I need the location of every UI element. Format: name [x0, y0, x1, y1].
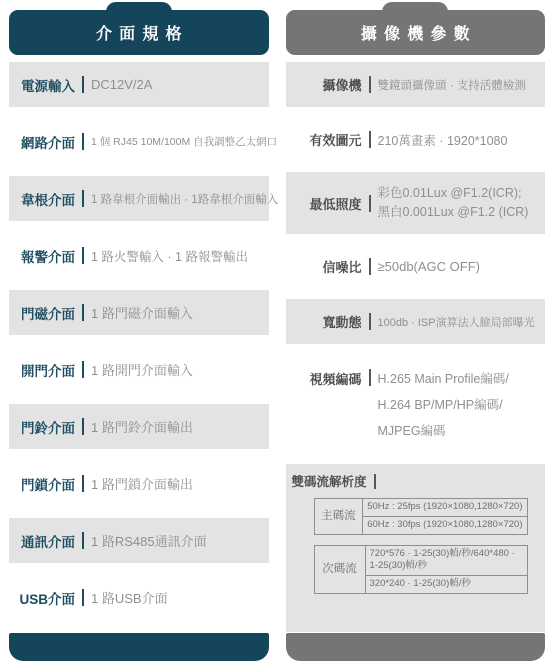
- divider-bar: [82, 304, 84, 321]
- table-row: 主碼流 50Hz : 25fps (1920×1080,1280×720): [314, 499, 527, 517]
- divider-bar: [369, 313, 371, 330]
- value-line: H.265 Main Profile編碼/: [378, 366, 509, 392]
- value-line: 黑白0.001Lux @F1.2 (ICR): [378, 203, 529, 222]
- row-value: 1 路火警輸入 · 1 路報警輸出: [91, 247, 248, 265]
- interface-spec-header-wrap: 介面規格: [9, 2, 269, 55]
- divider-bar: [82, 76, 84, 93]
- row-label: USB介面: [15, 588, 75, 608]
- camera-params-panel: 攝像機參數 攝像機 雙鏡頭攝像頭 · 支持活體檢測 有效圖元 210萬畫素 · …: [286, 2, 546, 661]
- divider-bar: [369, 369, 371, 386]
- divider-bar: [369, 258, 371, 275]
- panel-title-text: 介面規格: [89, 21, 189, 44]
- dual-stream-header: 雙碼流解析度: [292, 472, 540, 490]
- spec-row-wiegand: 韋根介面 1 路韋根介面輸出 · 1路韋根介面輸入: [9, 176, 269, 221]
- row-label: 最低照度: [292, 194, 362, 213]
- row-label: 雙碼流解析度: [292, 472, 367, 490]
- table-row: 次碼流 720*576 · 1-25(30)幀/秒/640*480 · 1-25…: [314, 545, 527, 576]
- spec-row-network: 網路介面 1 個 RJ45 10M/100M 自我調整乙太網口: [9, 119, 269, 164]
- interface-spec-panel: 介面規格 電源輸入 DC12V/2A 網路介面 1 個 RJ45 10M/100…: [9, 2, 269, 661]
- spec-row-door-contact: 門磁介面 1 路門磁介面輸入: [9, 290, 269, 335]
- row-label: 報警介面: [15, 246, 75, 266]
- panel-footer: [9, 633, 269, 661]
- divider-bar: [369, 195, 371, 212]
- main-stream-table: 主碼流 50Hz : 25fps (1920×1080,1280×720) 60…: [314, 498, 528, 535]
- divider-bar: [82, 418, 84, 435]
- spec-row-power: 電源輸入 DC12V/2A: [9, 62, 269, 107]
- divider-bar: [369, 131, 371, 148]
- value-line: H.264 BP/MP/HP編碼/: [378, 392, 509, 418]
- row-label: 有效圖元: [292, 130, 362, 149]
- spec-row-door-open: 開門介面 1 路開門介面輸入: [9, 347, 269, 392]
- spec-row-effective-pixels: 有效圖元 210萬畫素 · 1920*1080: [286, 117, 546, 162]
- row-label: 通訊介面: [15, 531, 75, 551]
- stream-value-cell: 720*576 · 1-25(30)幀/秒/640*480 · 1-25(30)…: [365, 545, 527, 576]
- divider-bar: [82, 361, 84, 378]
- spec-row-camera: 攝像機 雙鏡頭攝像頭 · 支持活體檢測: [286, 62, 546, 107]
- stream-value-cell: 60Hz : 30fps (1920×1080,1280×720): [363, 516, 527, 534]
- row-label: 視頻編碼: [292, 369, 362, 388]
- row-value: 彩色0.01Lux @F1.2(ICR);黑白0.001Lux @F1.2 (I…: [378, 184, 529, 222]
- row-value: H.265 Main Profile編碼/H.264 BP/MP/HP編碼/MJ…: [378, 366, 509, 444]
- row-value: 1 路門鎖介面輸出: [91, 474, 193, 493]
- divider-bar: [82, 475, 84, 492]
- value-line: MJPEG編碼: [378, 418, 509, 444]
- row-value: 210萬畫素 · 1920*1080: [378, 131, 508, 149]
- panel-title-text: 攝像機參數: [354, 21, 477, 44]
- row-value: ≥50db(AGC OFF): [378, 259, 481, 274]
- spec-row-usb: USB介面 1 路USB介面: [9, 575, 269, 620]
- row-value: 1 路USB介面: [91, 588, 168, 607]
- row-value: 1 個 RJ45 10M/100M 自我調整乙太網口: [91, 134, 265, 149]
- spec-row-door-lock: 門鎖介面 1 路門鎖介面輸出: [9, 461, 269, 506]
- dual-stream-tables: 主碼流 50Hz : 25fps (1920×1080,1280×720) 60…: [314, 498, 540, 594]
- spec-row-alarm: 報警介面 1 路火警輸入 · 1 路報警輸出: [9, 233, 269, 278]
- panel-title: 攝像機參數: [286, 10, 546, 55]
- divider-bar: [82, 589, 84, 606]
- row-label: 韋根介面: [15, 189, 75, 209]
- spec-row-wdr: 寬動態 100db · ISP演算法人臉局部曝光: [286, 299, 546, 344]
- divider-bar: [82, 247, 84, 264]
- divider-bar: [82, 133, 84, 150]
- divider-bar: [374, 474, 376, 489]
- stream-name-cell: 主碼流: [314, 499, 363, 535]
- divider-bar: [82, 190, 84, 207]
- row-value: 1 路門鈴介面輸出: [91, 417, 193, 436]
- sub-stream-table: 次碼流 720*576 · 1-25(30)幀/秒/640*480 · 1-25…: [314, 545, 528, 594]
- spec-row-comm: 通訊介面 1 路RS485通訊介面: [9, 518, 269, 563]
- divider-bar: [82, 532, 84, 549]
- row-label: 門磁介面: [15, 303, 75, 323]
- row-value: 雙鏡頭攝像頭 · 支持活體檢測: [378, 77, 526, 93]
- row-label: 開門介面: [15, 360, 75, 380]
- spec-sheet: 介面規格 電源輸入 DC12V/2A 網路介面 1 個 RJ45 10M/100…: [0, 0, 554, 668]
- row-label: 網路介面: [15, 132, 75, 152]
- row-value: 1 路門磁介面輸入: [91, 303, 193, 322]
- row-value: 1 路韋根介面輸出 · 1路韋根介面輸入: [91, 191, 265, 207]
- row-label: 電源輸入: [15, 75, 75, 95]
- divider-bar: [369, 76, 371, 93]
- panel-title: 介面規格: [9, 10, 269, 55]
- row-label: 門鎖介面: [15, 474, 75, 494]
- row-label: 寬動態: [292, 312, 362, 331]
- spec-row-dual-stream: 雙碼流解析度 主碼流 50Hz : 25fps (1920×1080,1280×…: [286, 464, 546, 632]
- row-value: 100db · ISP演算法人臉局部曝光: [378, 314, 535, 330]
- stream-name-cell: 次碼流: [314, 545, 365, 593]
- spec-row-doorbell: 門鈴介面 1 路門鈴介面輸出: [9, 404, 269, 449]
- row-value: DC12V/2A: [91, 77, 152, 92]
- value-line: 彩色0.01Lux @F1.2(ICR);: [378, 184, 529, 203]
- row-label: 攝像機: [292, 75, 362, 94]
- stream-value-cell: 50Hz : 25fps (1920×1080,1280×720): [363, 499, 527, 517]
- camera-params-header-wrap: 攝像機參數: [286, 2, 546, 55]
- spec-row-snr: 信噪比 ≥50db(AGC OFF): [286, 244, 546, 289]
- spec-row-video-codec: 視頻編碼 H.265 Main Profile編碼/H.264 BP/MP/HP…: [286, 354, 546, 454]
- row-label: 門鈴介面: [15, 417, 75, 437]
- stream-value-cell: 320*240 · 1-25(30)幀/秒: [365, 576, 527, 594]
- row-label: 信噪比: [292, 257, 362, 276]
- spec-row-min-illumination: 最低照度 彩色0.01Lux @F1.2(ICR);黑白0.001Lux @F1…: [286, 172, 546, 234]
- row-value: 1 路開門介面輸入: [91, 360, 193, 379]
- panel-footer: [286, 633, 546, 661]
- row-value: 1 路RS485通訊介面: [91, 531, 207, 550]
